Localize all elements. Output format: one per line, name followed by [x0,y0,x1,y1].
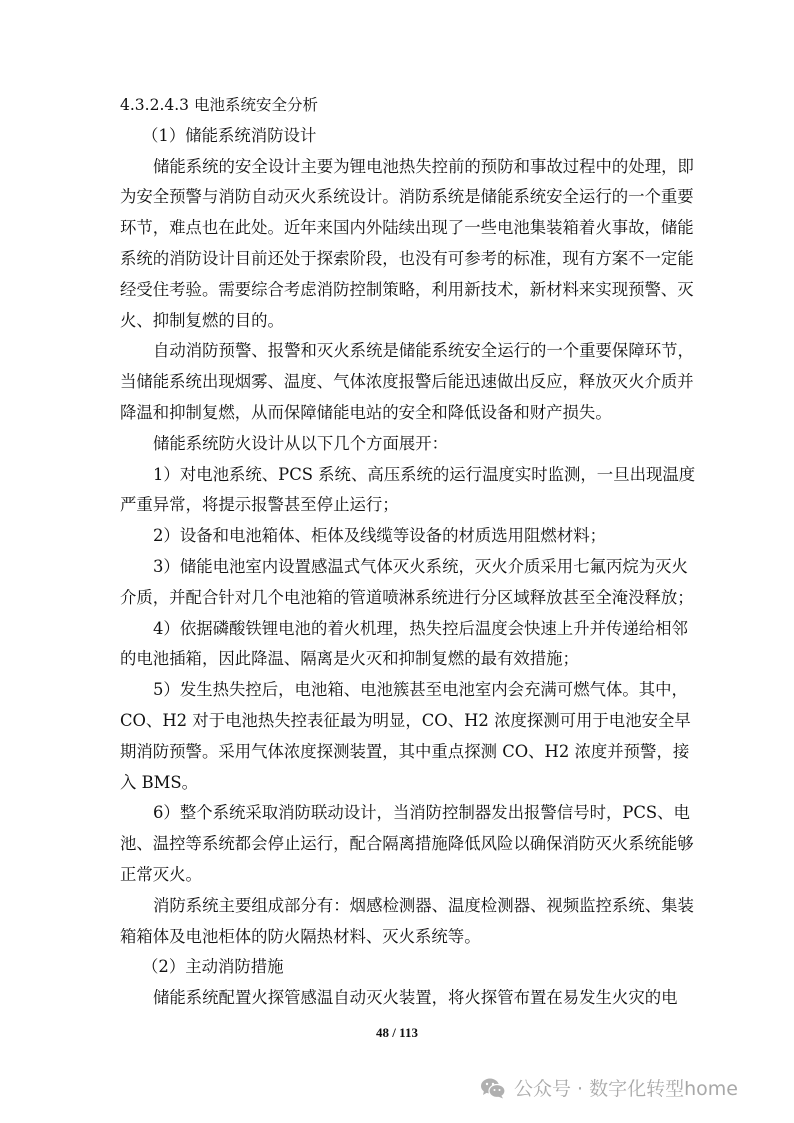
text-line: 降温和抑制复燃，从而保障储能电站的安全和降低设备和财产损失。 [120,398,673,429]
text-line: 储能系统防火设计从以下几个方面展开： [120,429,673,460]
text-line: CO、H2 对于电池热失控表征最为明显，CO、H2 浓度探测可用于电池安全早 [120,706,673,737]
text-line: 储能系统的安全设计主要为锂电池热失控前的预防和事故过程中的处理，即 [120,152,673,183]
text-line: 5）发生热失控后，电池箱、电池簇甚至电池室内会充满可燃气体。其中， [120,675,673,706]
text-line: 3）储能电池室内设置感温式气体灭火系统，灭火介质采用七氟丙烷为灭火 [120,552,673,583]
text-line: 系统的消防设计目前还处于探索阶段，也没有可参考的标准，现有方案不一定能 [120,244,673,275]
text-line: 箱箱体及电池柜体的防火隔热材料、灭火系统等。 [120,922,673,953]
text-line: 2）设备和电池箱体、柜体及线缆等设备的材质选用阻燃材料； [120,521,673,552]
text-line: 火、抑制复燃的目的。 [120,306,673,337]
watermark-text: 公众号 · 数字化转型home [514,1074,738,1101]
section-heading: 4.3.2.4.3 电池系统安全分析 [120,90,673,121]
text-line: 正常灭火。 [120,860,673,891]
text-line: 严重异常，将提示报警甚至停止运行； [120,490,673,521]
text-line: 消防系统主要组成部分有：烟感检测器、温度检测器、视频监控系统、集装 [120,891,673,922]
text-line: 1）对电池系统、PCS 系统、高压系统的运行温度实时监测，一旦出现温度 [120,460,673,491]
document-body: （1）储能系统消防设计储能系统的安全设计主要为锂电池热失控前的预防和事故过程中的… [120,121,673,1014]
document-page: 4.3.2.4.3 电池系统安全分析 （1）储能系统消防设计储能系统的安全设计主… [120,90,673,1014]
text-line: 环节，难点也在此处。近年来国内外陆续出现了一些电池集装箱着火事故，储能 [120,213,673,244]
subsection-heading: （1）储能系统消防设计 [120,121,673,152]
text-line: 6）整个系统采取消防联动设计，当消防控制器发出报警信号时，PCS、电 [120,798,673,829]
text-line: 4）依据磷酸铁锂电池的着火机理，热失控后温度会快速上升并传递给相邻 [120,614,673,645]
text-line: 经受住考验。需要综合考虑消防控制策略，利用新技术，新材料来实现预警、灭 [120,275,673,306]
text-line: 的电池插箱，因此降温、隔离是火灭和抑制复燃的最有效措施； [120,644,673,675]
text-line: 为安全预警与消防自动灭火系统设计。消防系统是储能系统安全运行的一个重要 [120,182,673,213]
watermark: 公众号 · 数字化转型home [480,1074,738,1101]
text-line: 当储能系统出现烟雾、温度、气体浓度报警后能迅速做出反应，释放灭火介质并 [120,367,673,398]
text-line: 入 BMS。 [120,768,673,799]
wechat-icon [480,1077,506,1099]
text-line: 自动消防预警、报警和灭火系统是储能系统安全运行的一个重要保障环节， [120,336,673,367]
text-line: 储能系统配置火探管感温自动灭火装置，将火探管布置在易发生火灾的电 [120,983,673,1014]
subsection-heading: （2）主动消防措施 [120,952,673,983]
text-line: 介质，并配合针对几个电池箱的管道喷淋系统进行分区域释放甚至全淹没释放； [120,583,673,614]
text-line: 期消防预警。采用气体浓度探测装置，其中重点探测 CO、H2 浓度并预警，接 [120,737,673,768]
page-indicator: 48 / 113 [0,1025,794,1041]
text-line: 池、温控等系统都会停止运行，配合隔离措施降低风险以确保消防灭火系统能够 [120,829,673,860]
